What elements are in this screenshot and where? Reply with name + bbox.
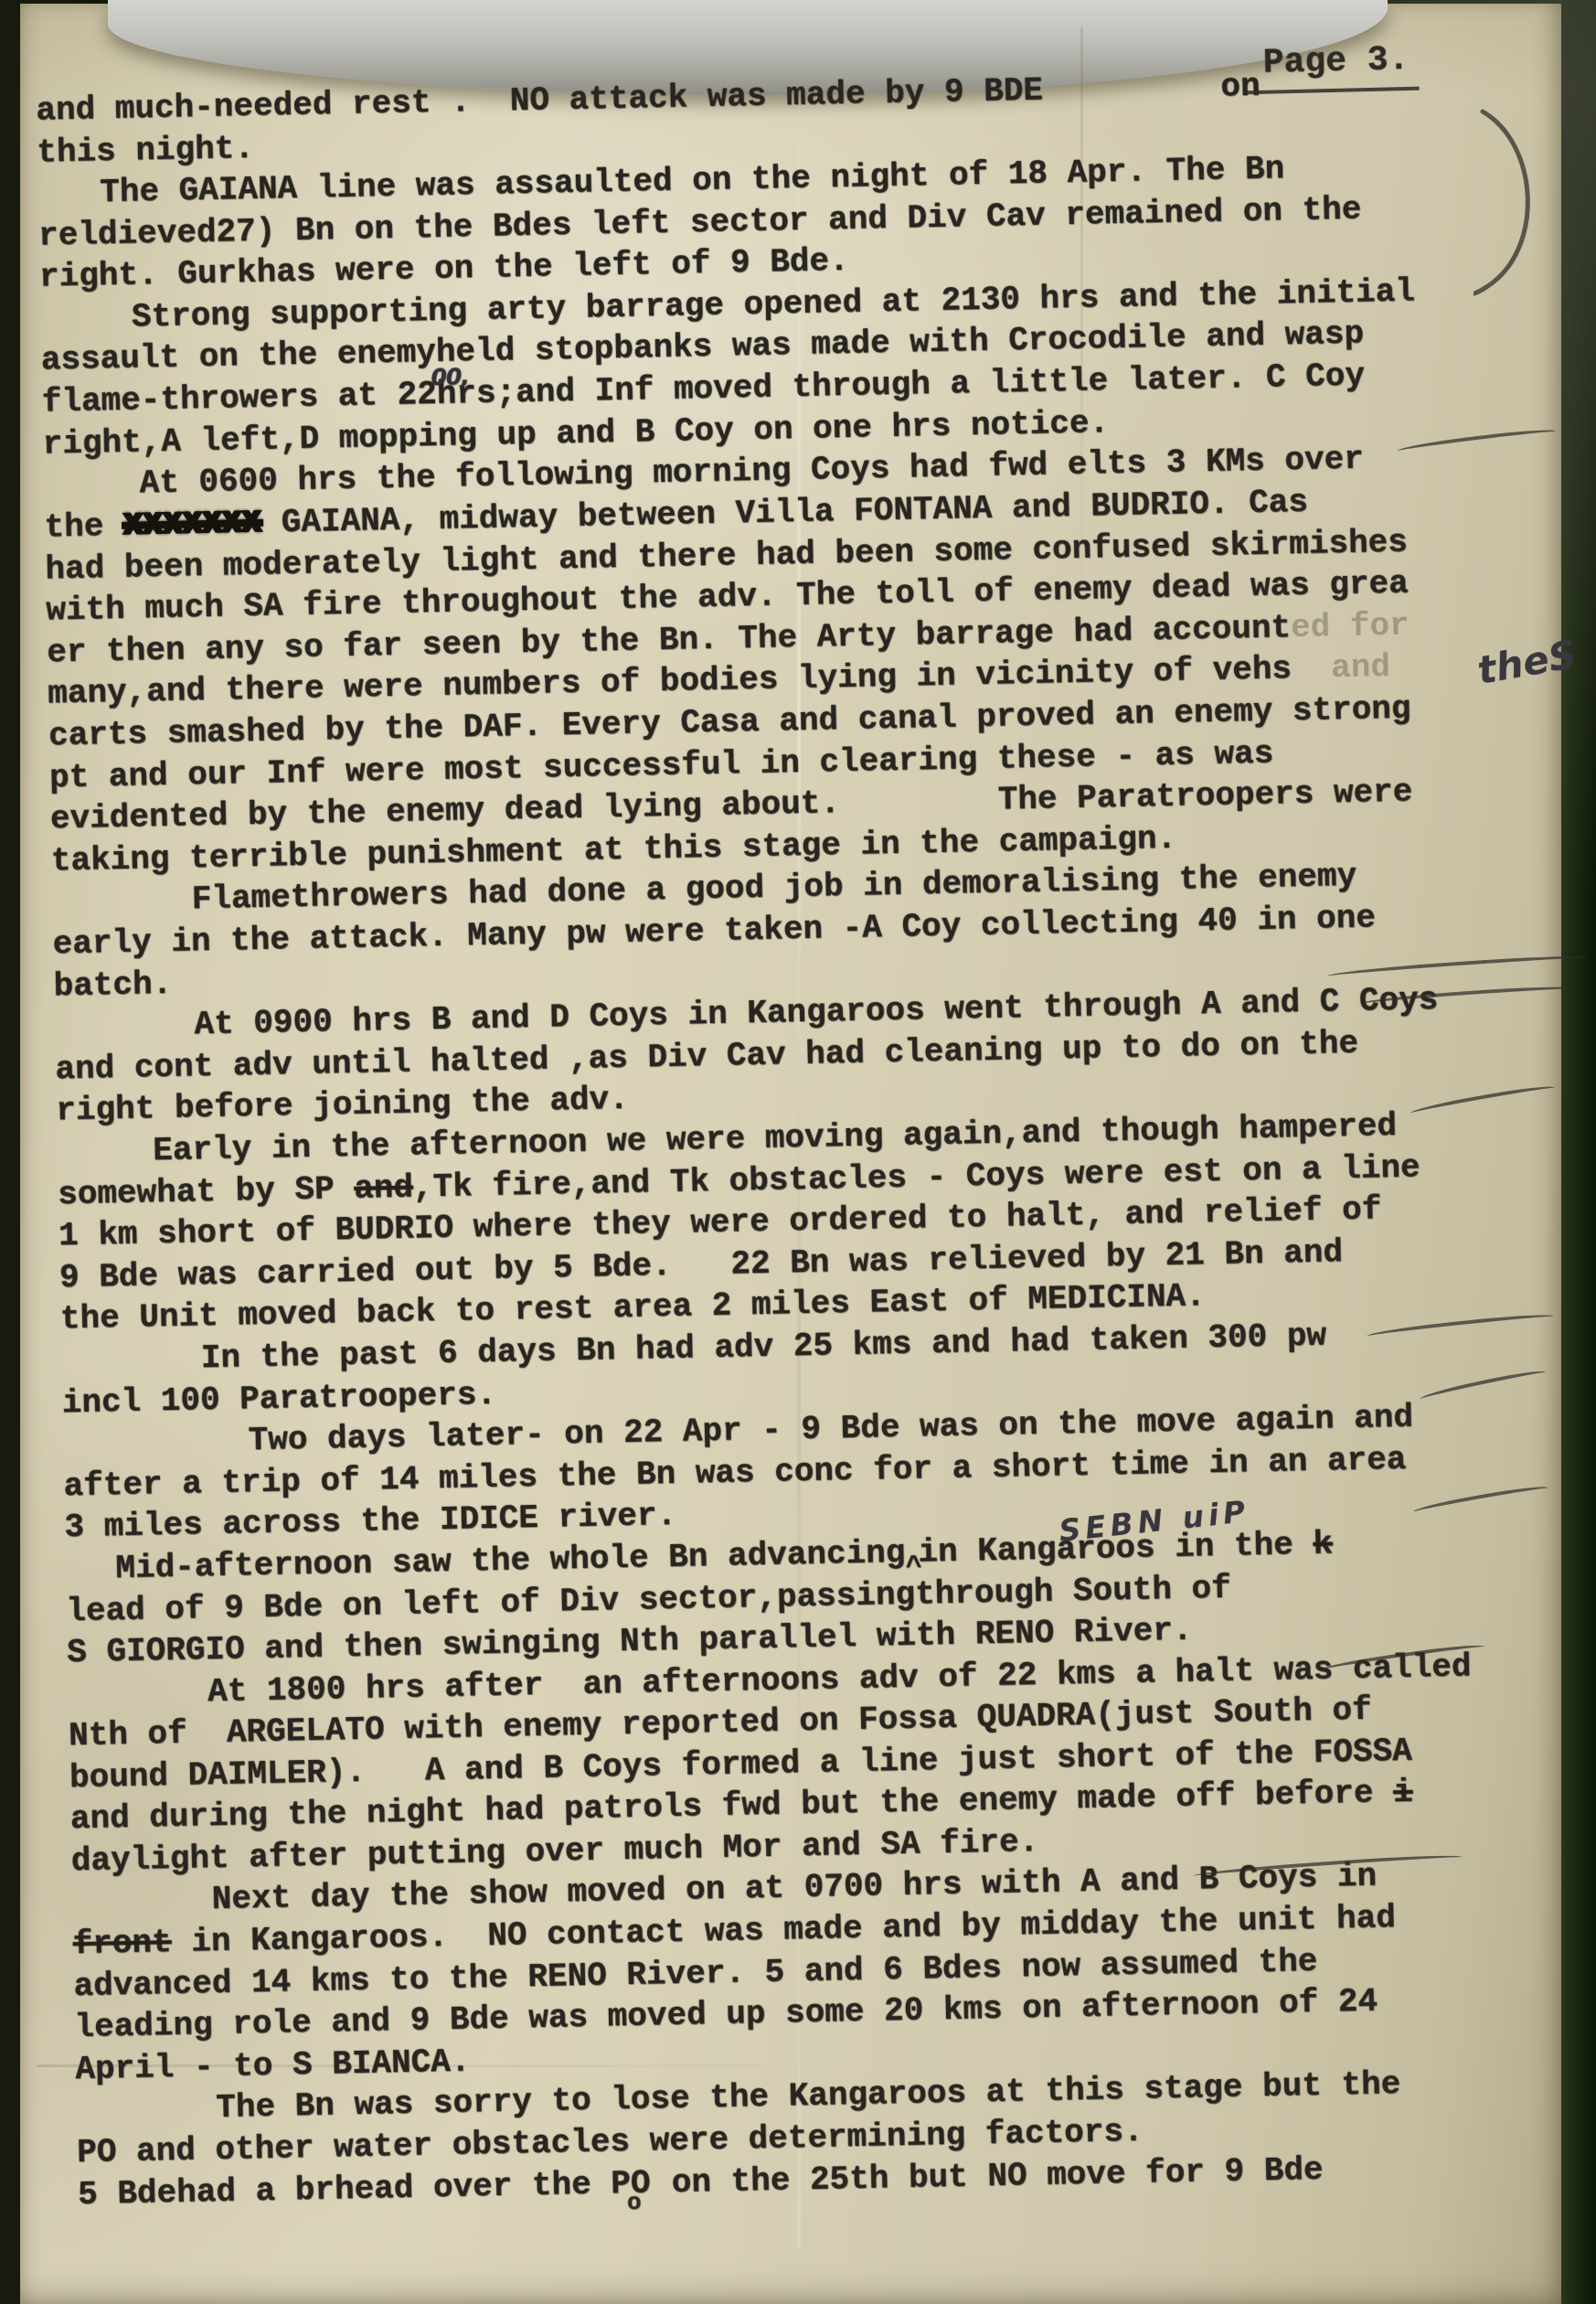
text-segment: and much-needed rest . NO attack was mad…	[36, 68, 1261, 130]
text-segment: 5 Bdehad a brhead over the PO	[78, 2165, 651, 2214]
struck-text: i	[1393, 1774, 1413, 1811]
text-segment: somewhat by SP	[58, 1170, 355, 1213]
text-segment: the	[44, 507, 123, 547]
text-line-35: 3 miles across the IDICE river.	[64, 1498, 676, 1546]
struck-text: and	[354, 1169, 414, 1208]
text-line-25: right before joining the adv.	[56, 1082, 629, 1130]
text-line-22: batch.	[53, 966, 172, 1006]
blacked-out-text: XXXXXXX	[123, 505, 262, 545]
text-segment: batch.	[53, 965, 172, 1006]
text-segment: 3 miles across the IDICE river.	[64, 1497, 676, 1546]
faded-text: and	[1292, 648, 1391, 688]
text-line-1: and much-needed rest . NO attack was mad…	[36, 69, 1261, 130]
text-segment: this night.	[37, 130, 254, 172]
text-segment: in Kangaroos in the	[918, 1526, 1314, 1572]
typed-subscript: o	[627, 2184, 642, 2221]
text-line-32: incl 100 Paratroopers.	[61, 1377, 496, 1423]
struck-text: front	[72, 1924, 172, 1963]
struck-text: k	[1313, 1525, 1333, 1563]
text-line-2: this night.	[37, 131, 254, 172]
typewritten-text-block: and much-needed rest . NO attack was mad…	[0, 0, 1596, 2304]
text-segment: incl 100 Paratroopers.	[61, 1376, 496, 1423]
faded-text: ed for	[1291, 607, 1410, 647]
photo-background: and much-needed rest . NO attack was mad…	[0, 0, 1596, 2304]
handwritten-superscript: 00,	[431, 359, 431, 396]
text-segment: flame-throwers at 22	[41, 376, 437, 421]
text-line-48: April - to S BIANCA.	[75, 2044, 471, 2089]
text-segment: on the 25th but NO move for 9 Bde	[652, 2151, 1324, 2203]
text-segment: April - to S BIANCA.	[75, 2043, 471, 2089]
text-segment: right before joining the adv.	[56, 1081, 629, 1130]
